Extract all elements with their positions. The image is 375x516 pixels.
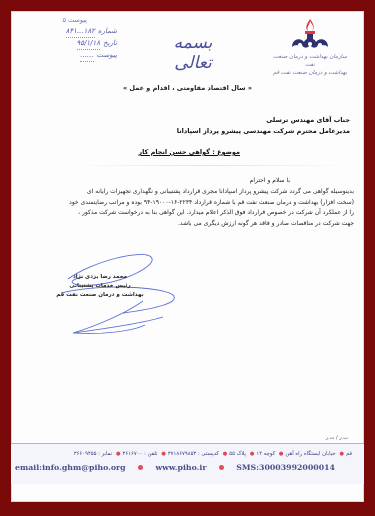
letter-body: بدینوسیله گواهی می گردد شرکت پیشرو پرداز… — [24, 187, 354, 229]
organization-branch: بهداشت و درمان صنعت نفت قم — [270, 69, 350, 77]
footer-note: ب.ز / ت.ر — [326, 435, 348, 441]
divider — [71, 165, 351, 166]
bullet-icon: ● — [114, 451, 123, 457]
addressee-name: جناب آقای مهندس ترسلی — [177, 115, 350, 126]
addressee-title: مدیرعامل محترم شرکت مهندسی پیشرو پرداز ا… — [177, 126, 350, 137]
body-line: جهت شرکت در مناقصات صادر و فاقد هر گونه … — [24, 219, 354, 230]
attachment-value: ...... — [80, 50, 93, 62]
signatory-department: بهداشت و درمان صنعت نفت قم — [45, 291, 155, 300]
bullet-icon — [138, 465, 143, 470]
bullet-icon: ● — [159, 451, 168, 457]
number-value: ۱۸۲...۸۴۱ — [66, 26, 95, 38]
signatory-title: رئیس خدمات پشتیبانی — [45, 282, 155, 291]
address-alley: کوچه ۱۴ — [256, 451, 275, 457]
meta-annotation: پیوست ۵ — [27, 15, 117, 26]
bullet-icon — [219, 465, 224, 470]
date-label: تاریخ — [103, 38, 117, 50]
address-postal-code: کدپستی : ۳۷۱۸۶۷۹۸۵۳ — [168, 451, 219, 457]
organization-name: سازمان بهداشت و درمان صنعت نفت — [270, 53, 350, 69]
nioc-flame-logo-icon — [288, 17, 332, 53]
address-fax: نمابر : ۳۶۶۰۹۴۵۵ — [74, 451, 112, 457]
letter-meta: پیوست ۵ شماره ۱۸۲...۸۴۱ تاریخ ۹۵/۱/۱۸ پی… — [27, 15, 117, 62]
footer-website: www.piho.ir — [155, 463, 206, 472]
footer-email: email:info.ghm@piho.org — [15, 463, 126, 472]
addressee-block: جناب آقای مهندس ترسلی مدیرعامل محترم شرک… — [177, 115, 350, 137]
meta-date: تاریخ ۹۵/۱/۱۸ — [27, 38, 117, 50]
signatory-name: محمد رضا یزدی نژاد — [45, 273, 155, 282]
organization-logo: سازمان بهداشت و درمان صنعت نفت بهداشت و … — [270, 17, 350, 79]
address-street: خیابان ایستگاه راه آهن — [285, 451, 335, 457]
address-city: قم — [346, 451, 352, 457]
bullet-icon: ● — [337, 451, 346, 457]
letter-subject: موضوع : گواهی حسن انجام کار — [138, 148, 240, 156]
date-value: ۹۵/۱/۱۸ — [77, 38, 101, 50]
address-phone: تلفن : ۳۶۱۶۷۰۰ — [123, 451, 158, 457]
number-label: شماره — [98, 26, 117, 38]
meta-number: شماره ۱۸۲...۸۴۱ — [27, 26, 117, 38]
footer-address: قم● خیابان ایستگاه راه آهن● کوچه ۱۴● پلا… — [22, 451, 352, 457]
basmala-heading: بسمه تعالی — [163, 33, 223, 63]
body-line: (سخت افزار) بهداشت و درمان صنعت نفت قم ب… — [24, 198, 354, 209]
attachment-label: پیوست — [97, 50, 117, 62]
meta-attachment: پیوست ...... — [27, 50, 117, 62]
body-line: بدینوسیله گواهی می گردد شرکت پیشرو پرداز… — [24, 187, 354, 198]
year-slogan: « سال اقتصاد مقاومتی ، اقدام و عمل » — [11, 84, 364, 92]
bullet-icon: ● — [221, 451, 230, 457]
body-line: را از عملکرد آن شرکت در خصوص قرارداد فوق… — [24, 208, 354, 219]
footer-contacts: email:info.ghm@piho.org www.piho.ir SMS:… — [15, 463, 335, 472]
footer-sms: SMS:30003992000014 — [236, 463, 335, 472]
signatory-details: محمد رضا یزدی نژاد رئیس خدمات پشتیبانی ب… — [45, 273, 155, 300]
letter-page: سازمان بهداشت و درمان صنعت نفت بهداشت و … — [11, 11, 364, 502]
greeting: با سلام و احترام — [250, 177, 290, 184]
signature-block: محمد رضا یزدی نژاد رئیس خدمات پشتیبانی ب… — [33, 243, 183, 343]
address-plate: پلاک ۵۵ — [229, 451, 246, 457]
